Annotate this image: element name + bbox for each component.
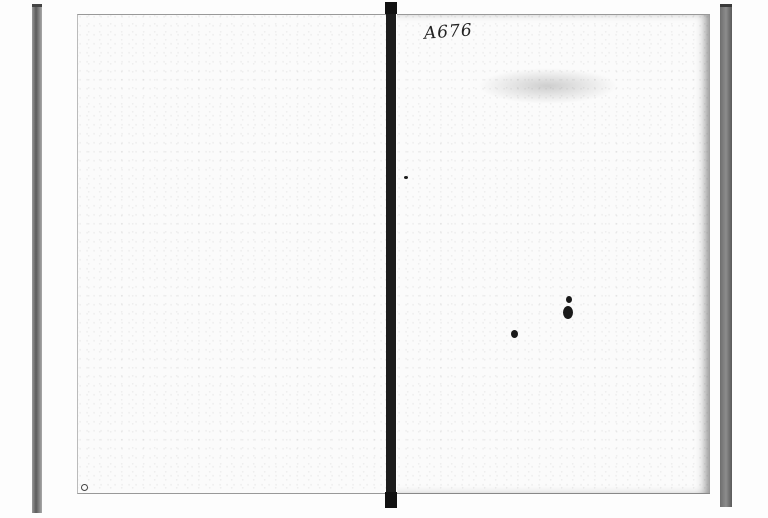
scanned-book-spread: A676 (0, 0, 768, 518)
left-cover-edge (32, 4, 42, 513)
ink-spot (563, 306, 573, 319)
faded-stamp-smudge (478, 68, 618, 104)
book-gutter (386, 2, 396, 508)
ink-spot (566, 296, 572, 303)
left-page (77, 14, 388, 494)
right-cover-edge (720, 4, 732, 507)
ink-spot (404, 176, 408, 179)
corner-mark (81, 484, 88, 491)
call-number-annotation: A676 (423, 20, 473, 43)
ink-spot (511, 330, 518, 338)
